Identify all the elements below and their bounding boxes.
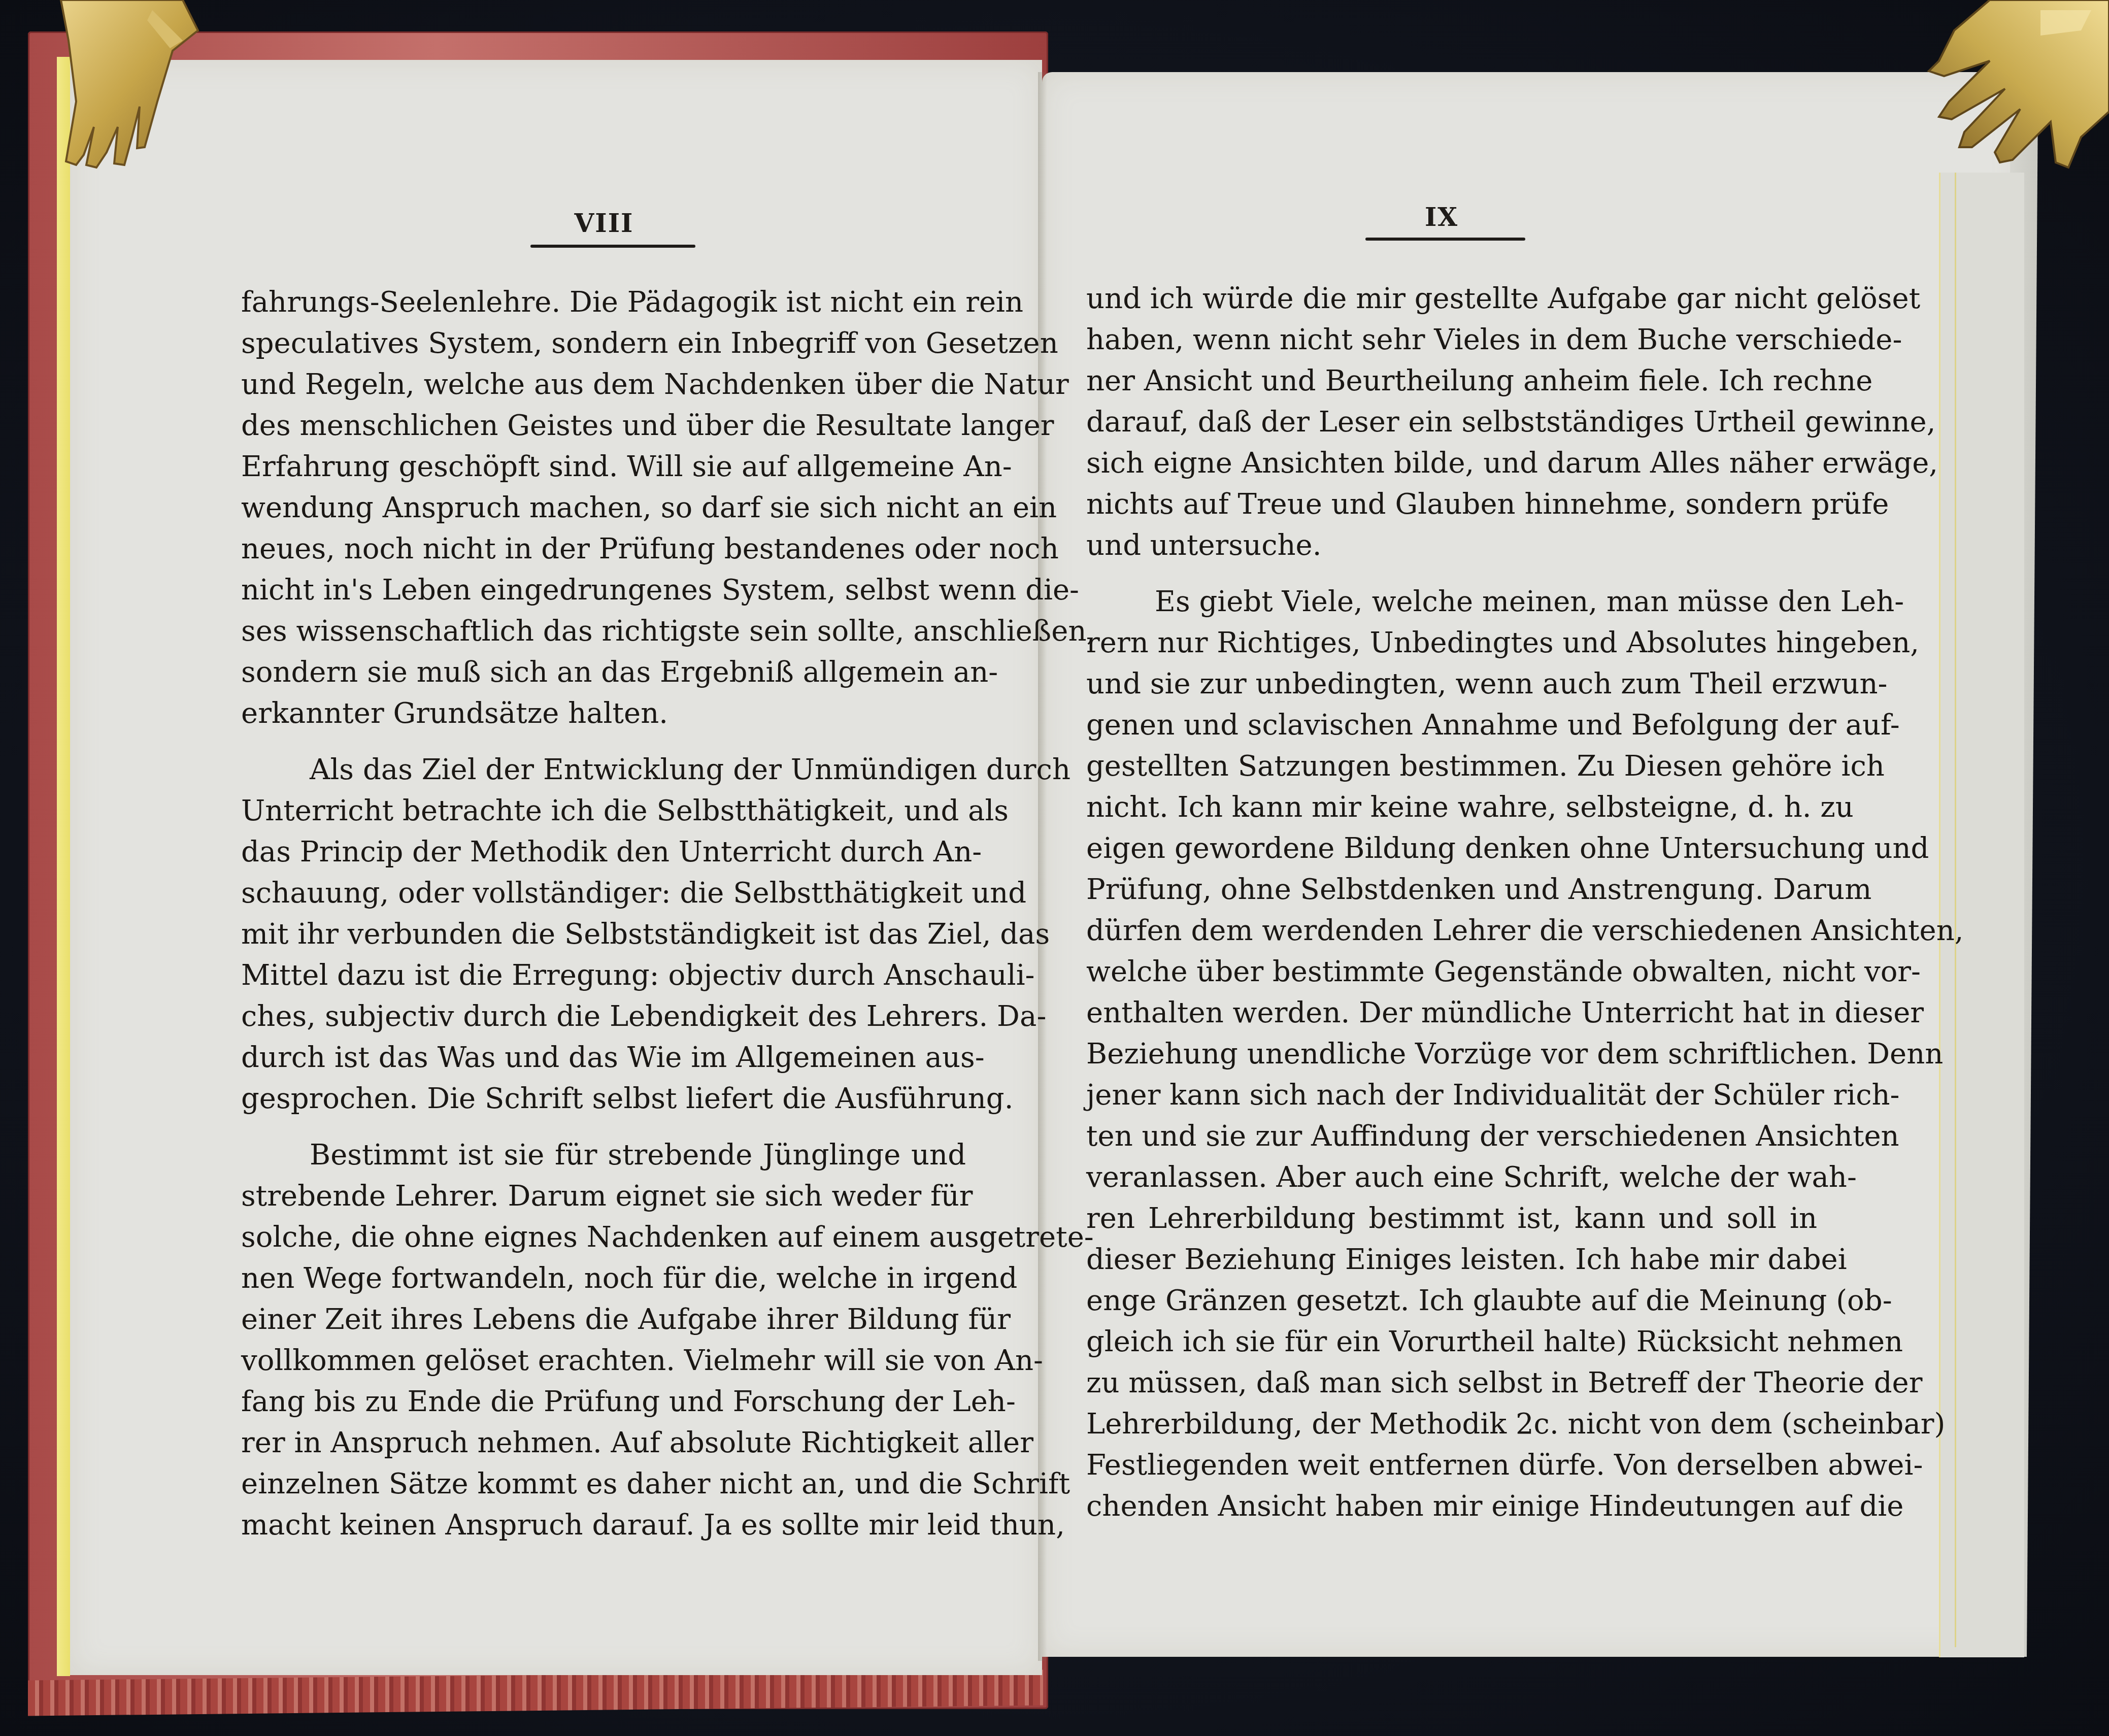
right-page-number: IX xyxy=(1401,202,1482,232)
text-line: mit ihr verbunden die Selbstständigkeit … xyxy=(241,914,966,955)
text-line: ren Lehrerbildung bestimmt ist, kann und… xyxy=(1086,1198,1817,1239)
right-header-rule xyxy=(1365,238,1525,241)
text-line: ten und sie zur Auffindung der verschied… xyxy=(1086,1116,1817,1157)
paragraph-start-line: Als das Ziel der Entwicklung der Unmündi… xyxy=(241,749,966,790)
text-line: sich eigne Ansichten bilde, und darum Al… xyxy=(1086,443,1817,484)
text-line: nen Wege fortwandeln, noch für die, welc… xyxy=(241,1258,966,1299)
text-line: vollkommen gelöset erachten. Vielmehr wi… xyxy=(241,1340,966,1381)
text-line: Erfahrung geschöpft sind. Will sie auf a… xyxy=(241,446,966,487)
text-line: einer Zeit ihres Lebens die Aufgabe ihre… xyxy=(241,1299,966,1340)
text-line: Mittel dazu ist die Erregung: objectiv d… xyxy=(241,955,966,996)
paragraph-start-line: Es giebt Viele, welche meinen, man müsse… xyxy=(1086,581,1817,622)
text-line: durch ist das Was und das Wie im Allgeme… xyxy=(241,1037,966,1078)
text-line: Beziehung unendliche Vorzüge vor dem sch… xyxy=(1086,1033,1817,1075)
text-line: darauf, daß der Leser ein selbstständige… xyxy=(1086,402,1817,443)
text-line: und sie zur unbedingten, wenn auch zum T… xyxy=(1086,663,1817,705)
text-line: solche, die ohne eignes Nachdenken auf e… xyxy=(241,1217,966,1258)
text-line: Unterricht betrachte ich die Selbstthäti… xyxy=(241,790,966,831)
text-line: Prüfung, ohne Selbstdenken und Anstrengu… xyxy=(1086,869,1817,910)
text-line: gestellten Satzungen bestimmen. Zu Diese… xyxy=(1086,746,1817,787)
text-line: ner Ansicht und Beurtheilung anheim fiel… xyxy=(1086,360,1817,402)
brass-hand-holder-left-icon xyxy=(30,0,249,173)
text-line: neues, noch nicht in der Prüfung bestand… xyxy=(241,528,966,570)
text-line: strebende Lehrer. Darum eignet sie sich … xyxy=(241,1176,966,1217)
brass-hand-holder-right-icon xyxy=(1888,0,2109,173)
text-line: zu müssen, daß man sich selbst in Betref… xyxy=(1086,1362,1817,1404)
text-line: fahrungs-Seelenlehre. Die Pädagogik ist … xyxy=(241,282,966,323)
text-line: nicht. Ich kann mir keine wahre, selbste… xyxy=(1086,787,1817,828)
text-line: sondern sie muß sich an das Ergebniß all… xyxy=(241,652,966,693)
text-line: veranlassen. Aber auch eine Schrift, wel… xyxy=(1086,1157,1817,1198)
text-line: speculatives System, sondern ein Inbegri… xyxy=(241,323,966,364)
left-page-text: fahrungs-Seelenlehre. Die Pädagogik ist … xyxy=(241,282,966,1546)
text-line: enthalten werden. Der mündliche Unterric… xyxy=(1086,992,1817,1033)
left-page-number: VIII xyxy=(558,208,650,238)
text-line: wendung Anspruch machen, so darf sie sic… xyxy=(241,487,966,528)
text-line: fang bis zu Ende die Prüfung und Forschu… xyxy=(241,1381,966,1422)
text-line: jener kann sich nach der Individualität … xyxy=(1086,1075,1817,1116)
text-line: chenden Ansicht haben mir einige Hindeut… xyxy=(1086,1486,1817,1527)
text-line: genen und sclavischen Annahme und Befolg… xyxy=(1086,705,1817,746)
text-line: welche über bestimmte Gegenstände obwalt… xyxy=(1086,951,1817,992)
text-line: das Princip der Methodik den Unterricht … xyxy=(241,831,966,873)
text-line: haben, wenn nicht sehr Vieles in dem Buc… xyxy=(1086,319,1817,360)
paragraph-start-line: Bestimmt ist sie für strebende Jünglinge… xyxy=(241,1134,966,1176)
left-header-rule xyxy=(530,245,695,248)
text-line: gesprochen. Die Schrift selbst liefert d… xyxy=(241,1078,966,1119)
text-line: einzelnen Sätze kommt es daher nicht an,… xyxy=(241,1463,966,1505)
text-line: Lehrerbildung, der Methodik 2c. nicht vo… xyxy=(1086,1404,1817,1445)
book-gutter xyxy=(1038,72,1047,1661)
right-page-text: und ich würde die mir gestellte Aufgabe … xyxy=(1086,278,1817,1527)
text-line: rer in Anspruch nehmen. Auf absolute Ric… xyxy=(241,1422,966,1463)
text-line: nicht in's Leben eingedrungenes System, … xyxy=(241,570,966,611)
text-line: ses wissenschaftlich das richtigste sein… xyxy=(241,611,966,652)
text-line: macht keinen Anspruch darauf. Ja es soll… xyxy=(241,1505,966,1546)
yellow-page-edge xyxy=(57,57,70,1676)
text-line: Festliegenden weit entfernen dürfe. Von … xyxy=(1086,1445,1817,1486)
text-line: dieser Beziehung Einiges leisten. Ich ha… xyxy=(1086,1239,1817,1280)
text-line: und Regeln, welche aus dem Nachdenken üb… xyxy=(241,364,966,405)
text-line: schauung, oder vollständiger: die Selbst… xyxy=(241,873,966,914)
text-line: ches, subjectiv durch die Lebendigkeit d… xyxy=(241,996,966,1037)
text-line: nichts auf Treue und Glauben hinnehme, s… xyxy=(1086,484,1817,525)
text-line: gleich ich sie für ein Vorurtheil halte)… xyxy=(1086,1321,1817,1362)
text-line: dürfen dem werdenden Lehrer die verschie… xyxy=(1086,910,1817,951)
text-line: erkannter Grundsätze halten. xyxy=(241,693,966,734)
text-line: rern nur Richtiges, Unbedingtes und Abso… xyxy=(1086,622,1817,663)
text-line: und ich würde die mir gestellte Aufgabe … xyxy=(1086,278,1817,319)
text-line: enge Gränzen gesetzt. Ich glaubte auf di… xyxy=(1086,1280,1817,1321)
text-line: des menschlichen Geistes und über die Re… xyxy=(241,405,966,446)
text-line: und untersuche. xyxy=(1086,525,1817,566)
text-line: eigen gewordene Bildung denken ohne Unte… xyxy=(1086,828,1817,869)
